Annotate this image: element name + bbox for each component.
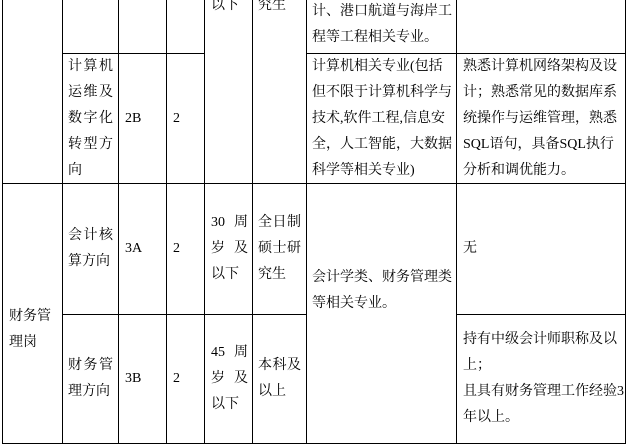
- count-row4-text: 2: [173, 366, 200, 392]
- category-finance-text: 财务管理岗: [9, 304, 58, 356]
- education-row4-text: 本科及以上: [258, 353, 301, 405]
- cell-code-row2: 2B: [119, 54, 167, 184]
- document-page: 以下 究生 计、港口航道与海岸工程等工程相关专业。 计算机运维及数字化转型方向 …: [0, 0, 627, 446]
- cell-major-finance-merged: 会计学类、财务管理类等相关专业。: [307, 184, 457, 444]
- cell-major-row2: 计算机相关专业(包括但不限于计算机科学与技术,软件工程,信息安全，人工智能，大数…: [307, 54, 457, 184]
- cell-category-top: [3, 0, 63, 184]
- cell-major-row1: 计、港口航道与海岸工程等工程相关专业。: [307, 0, 457, 54]
- code-row4-text: 3B: [125, 366, 162, 392]
- cell-direction-row3: 会计核算方向: [63, 184, 119, 315]
- cell-age-row4: 45周岁及以下: [205, 315, 253, 444]
- cell-category-finance: 财务管理岗: [3, 184, 63, 444]
- cell-age-top-merged: 以下: [205, 0, 253, 184]
- cell-age-row3: 30周岁及以下: [205, 184, 253, 315]
- direction-row4-text: 财务管理方向: [68, 353, 113, 405]
- cell-count-row3: 2: [167, 184, 205, 315]
- direction-row2-text: 计算机运维及数字化转型方向: [68, 54, 113, 184]
- cell-direction-row4: 财务管理方向: [63, 315, 119, 444]
- cell-count-row4: 2: [167, 315, 205, 444]
- direction-row3-text: 会计核算方向: [68, 223, 113, 275]
- cell-requirements-row4: 持有中级会计师职称及以上； 且具有财务管理工作经验3年以上。: [457, 315, 626, 444]
- requirements-row4-text: 持有中级会计师职称及以上； 且具有财务管理工作经验3年以上。: [463, 327, 624, 431]
- cell-count-row1: [167, 0, 205, 54]
- recruitment-table: 以下 究生 计、港口航道与海岸工程等工程相关专业。 计算机运维及数字化转型方向 …: [2, 0, 626, 444]
- cell-code-row1: [119, 0, 167, 54]
- code-row2-text: 2B: [125, 106, 162, 132]
- cell-education-row3: 全日制硕士研究生: [253, 184, 307, 315]
- cell-requirements-row2: 熟悉计算机网络架构及设计；熟悉常见的数据库系统操作与运维管理，熟悉SQL语句，具…: [457, 54, 626, 184]
- requirements-row3-text: 无: [463, 236, 624, 262]
- education-row3-text: 全日制硕士研究生: [258, 210, 301, 288]
- cell-requirements-row3: 无: [457, 184, 626, 315]
- code-row3-text: 3A: [125, 236, 162, 262]
- count-row3-text: 2: [173, 236, 200, 262]
- major-row1-text: 计、港口航道与海岸工程等工程相关专业。: [312, 0, 453, 51]
- age-row3-text: 30周岁及以下: [211, 210, 248, 288]
- cell-count-row2: 2: [167, 54, 205, 184]
- cell-code-row4: 3B: [119, 315, 167, 444]
- cell-direction-row1: [63, 0, 119, 54]
- cell-requirements-row1: [457, 0, 626, 54]
- education-top-text: 究生: [258, 0, 301, 19]
- major-row2-text: 计算机相关专业(包括但不限于计算机科学与技术,软件工程,信息安全，人工智能，大数…: [312, 54, 453, 184]
- age-row4-text: 45周岁及以下: [211, 340, 248, 418]
- count-row2-text: 2: [173, 106, 200, 132]
- major-finance-text: 会计学类、财务管理类等相关专业。: [312, 265, 453, 317]
- requirements-row2-text: 熟悉计算机网络架构及设计；熟悉常见的数据库系统操作与运维管理，熟悉SQL语句，具…: [463, 54, 624, 184]
- cell-direction-row2: 计算机运维及数字化转型方向: [63, 54, 119, 184]
- age-top-text: 以下: [211, 0, 248, 19]
- cell-code-row3: 3A: [119, 184, 167, 315]
- cell-education-top-merged: 究生: [253, 0, 307, 184]
- cell-education-row4: 本科及以上: [253, 315, 307, 444]
